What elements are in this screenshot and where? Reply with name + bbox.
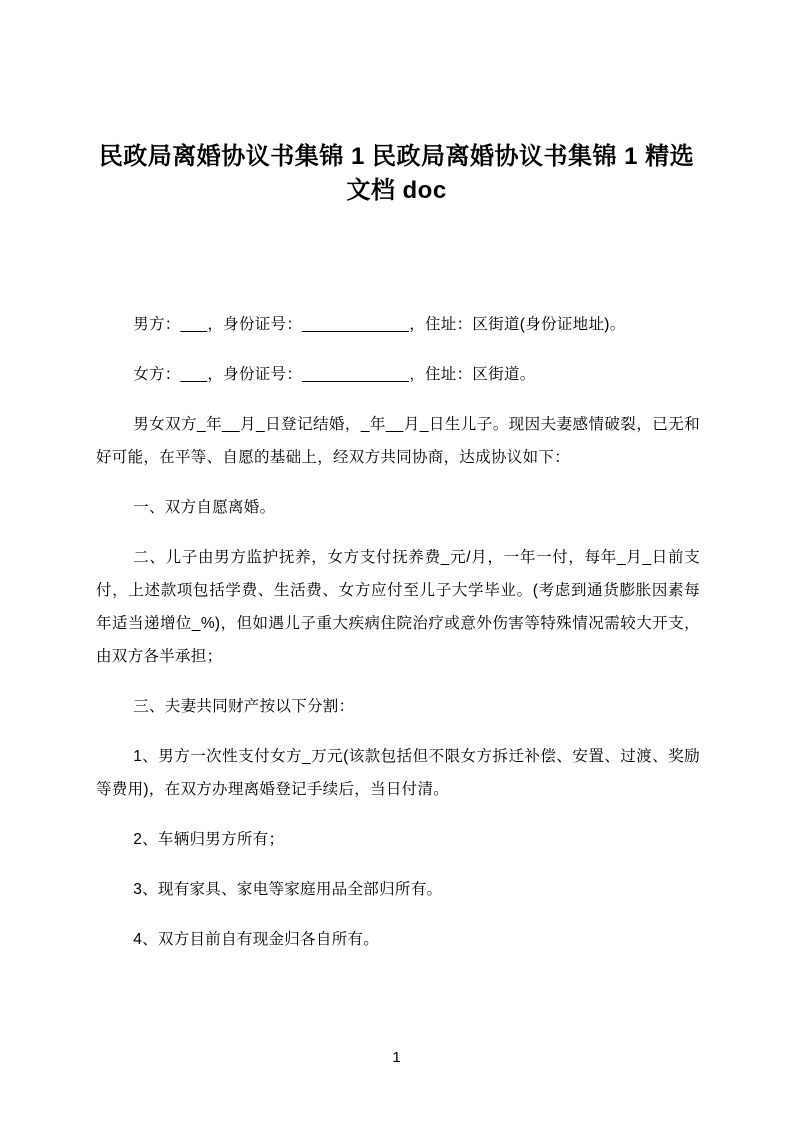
paragraph-husband-info: 男方：___，身份证号：____________，住址：区街道(身份证地址)。 [96,308,700,341]
paragraph-clause-one: 一、双方自愿离婚。 [96,491,700,524]
document-title: 民政局离婚协议书集锦 1 民政局离婚协议书集锦 1 精选 文档 doc [0,0,793,208]
paragraph-wife-info: 女方：___，身份证号：____________，住址：区街道。 [96,358,700,391]
paragraph-item-2: 2、车辆归男方所有； [96,823,700,856]
paragraph-marriage-intro: 男女双方_年__月_日登记结婚，_年__月_日生儿子。现因夫妻感情破裂，已无和好… [96,408,700,474]
paragraph-item-3: 3、现有家具、家电等家庭用品全部归所有。 [96,873,700,906]
paragraph-item-1: 1、男方一次性支付女方_万元(该款包括但不限女方拆迁补偿、安置、过渡、奖励等费用… [96,740,700,806]
document-body: 男方：___，身份证号：____________，住址：区街道(身份证地址)。 … [0,208,793,956]
page-number: 1 [0,1048,793,1068]
paragraph-clause-two: 二、儿子由男方监护抚养，女方支付抚养费_元/月，一年一付，每年_月_日前支付，上… [96,541,700,673]
title-line-2: 文档 doc [346,177,446,204]
paragraph-clause-three: 三、夫妻共同财产按以下分割： [96,690,700,723]
paragraph-item-4: 4、双方目前自有现金归各自所有。 [96,923,700,956]
title-line-1: 民政局离婚协议书集锦 1 民政局离婚协议书集锦 1 精选 [99,143,694,170]
document-page: 民政局离婚协议书集锦 1 民政局离婚协议书集锦 1 精选 文档 doc 男方：_… [0,0,793,1122]
